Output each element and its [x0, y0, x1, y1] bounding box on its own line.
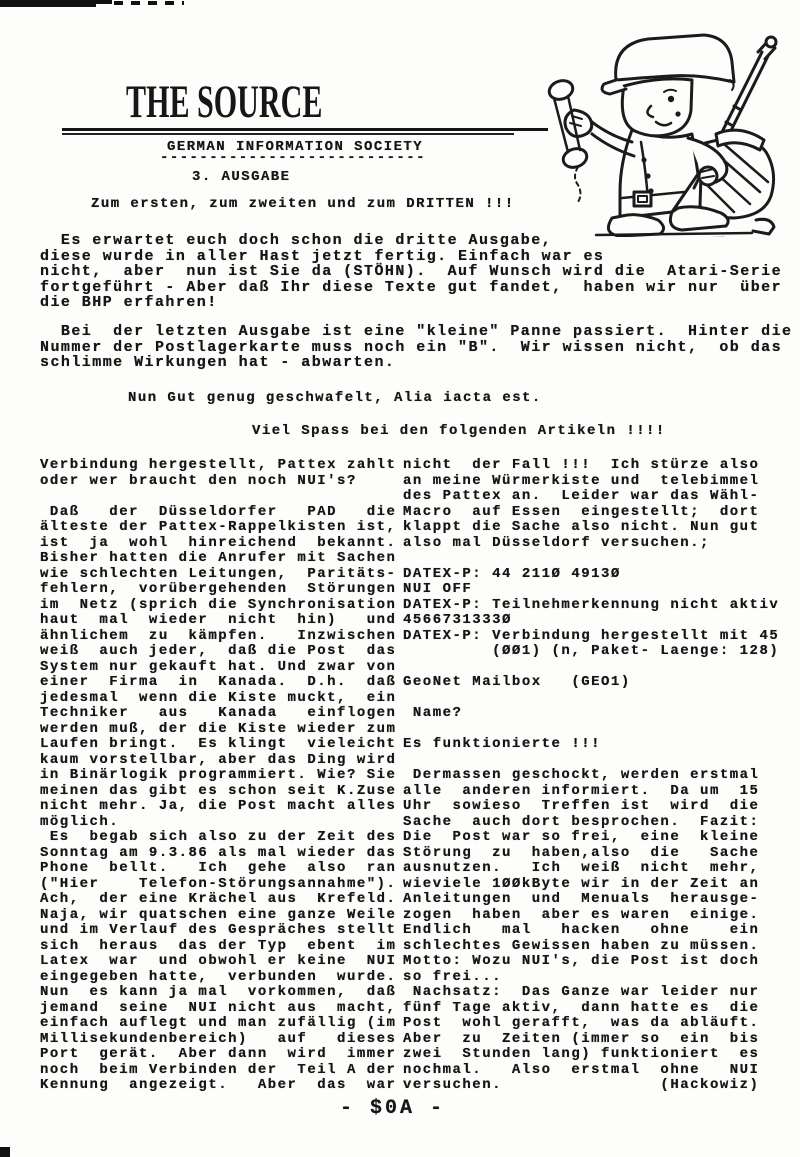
- scan-artifact-bottom-corner: [0, 1147, 10, 1157]
- article-right-column: nicht der Fall !!! Ich stürze also an me…: [403, 458, 779, 1094]
- society-underline: ---------------------------: [160, 150, 426, 166]
- telephone-handset-icon: [547, 78, 589, 202]
- trapper-cartoon-illustration: [520, 22, 795, 237]
- article-left-column: Verbindung hergestellt, Pattex zahlt ode…: [40, 458, 396, 1094]
- page-number-footer: - $0A -: [340, 1097, 445, 1120]
- masthead-rule: [62, 128, 548, 131]
- trapper-head: [622, 79, 692, 136]
- tagline: Zum ersten, zum zweiten und zum DRITTEN …: [91, 196, 515, 212]
- masthead-rule-2: [62, 133, 514, 135]
- scan-artifact-top-bar-2: [96, 0, 112, 4]
- intro-paragraph-2: Bei der letzten Ausgabe ist eine "kleine…: [40, 324, 793, 371]
- intro-line-viel-spass: Viel Spass bei den folgenden Artikeln !!…: [252, 423, 666, 439]
- scan-artifact-top-bar: [0, 0, 96, 7]
- scan-artifact-top-dashes: [114, 1, 184, 5]
- intro-paragraph-1: Es erwartet euch doch schon die dritte A…: [40, 233, 782, 311]
- intro-line-alia-iacta: Nun Gut genug geschwafelt, Alia iacta es…: [128, 390, 542, 406]
- masthead-title: THE SOURCE: [126, 80, 322, 124]
- issue-number: 3. AUSGABE: [192, 169, 291, 185]
- scanned-newsletter-page: THE SOURCE GERMAN INFORMATION SOCIETY --…: [0, 0, 800, 1157]
